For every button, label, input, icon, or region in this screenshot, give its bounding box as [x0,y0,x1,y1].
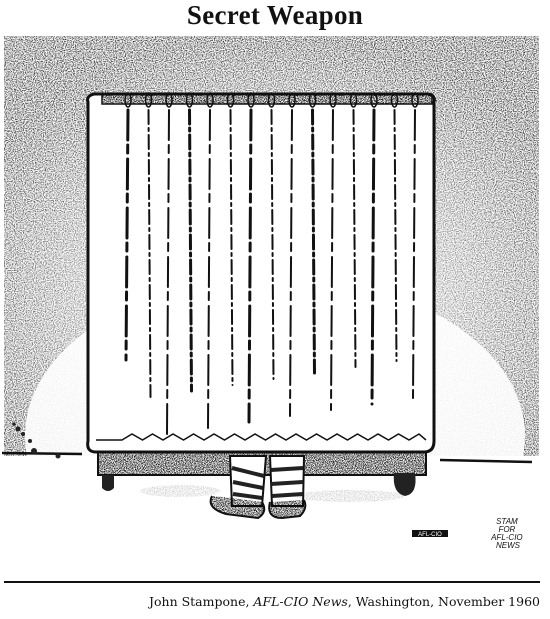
cartoon-illustration: AFL-CIO STAM FOR AFL-CIO NEWS [0,36,550,589]
caption-credit: John Stampone, AFL-CIO News, Washington,… [149,594,540,609]
union-bug-stamp: AFL-CIO [418,532,442,538]
voting-booth-curtain [88,93,435,452]
artist-signature: AFL-CIO STAM FOR AFL-CIO NEWS [412,517,525,550]
caption-publication: AFL-CIO News [253,594,347,609]
caption-details: , Washington, November 1960 [348,594,540,609]
caption-author: John Stampone, [149,594,253,609]
cartoon-title: Secret Weapon [0,0,550,30]
svg-text:STAM FOR AFL-CIO: STAM FOR AFL-CIO NEWS [490,517,525,550]
